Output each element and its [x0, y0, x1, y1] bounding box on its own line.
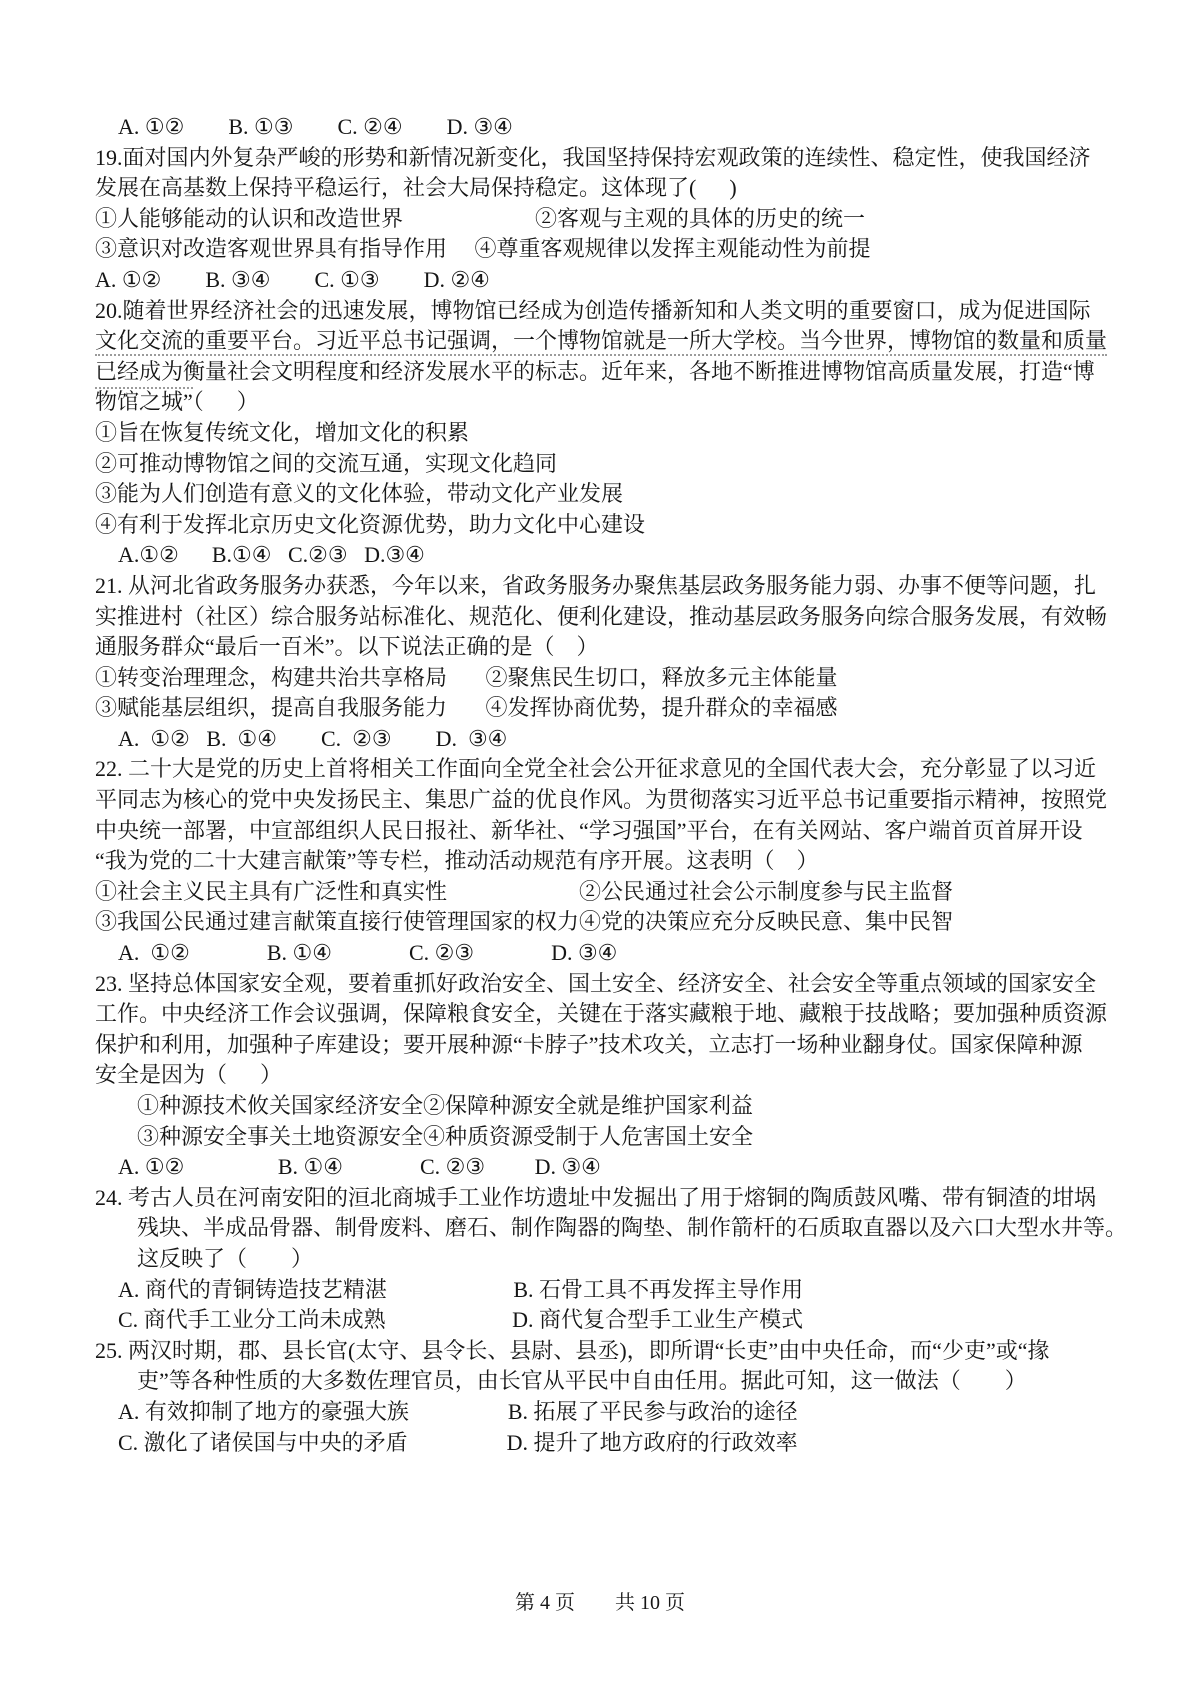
text-line: 安全是因为（ ） [95, 1060, 1115, 1091]
text-line: 20.随着世界经济社会的迅速发展，博物馆已经成为创造传播新知和人类文明的重要窗口… [95, 296, 1115, 327]
text-segment: 23. 坚持总体国家安全观，要着重抓好政治安全、国土安全、经济安全、社会安全等重… [95, 971, 1096, 996]
text-line: ①转变治理理念，构建共治共享格局 ②聚焦民生切口，释放多元主体能量 [95, 663, 1115, 694]
text-segment: ③意识对改造客观世界具有指导作用 ④尊重客观规律以发挥主观能动性为前提 [95, 236, 871, 261]
text-line: 物馆之城”（ ） [95, 387, 1115, 418]
text-segment: ①转变治理理念，构建共治共享格局 ②聚焦民生切口，释放多元主体能量 [95, 665, 838, 690]
text-segment: 19.面对国内外复杂严峻的形势和新情况新变化，我国坚持保持宏观政策的连续性、稳定… [95, 145, 1091, 170]
text-line: ③意识对改造客观世界具有指导作用 ④尊重客观规律以发挥主观能动性为前提 [95, 234, 1115, 265]
text-line: ③能为人们创造有意义的文化体验，带动文化产业发展 [95, 479, 1115, 510]
question-text-lines: A. ①② B. ①③ C. ②④ D. ③④19.面对国内外复杂严峻的形势和新… [95, 112, 1115, 1458]
text-segment: A. 商代的青铜铸造技艺精湛 B. 石骨工具不再发挥主导作用 [118, 1277, 803, 1302]
text-segment: 已经成为衡量社会文明程度和经济发展水平的标志。近年来，各地不断推进博物馆高质量发… [95, 359, 1095, 384]
text-segment: A. ①② B. ①③ C. ②④ D. ③④ [118, 114, 513, 139]
text-line: “我为党的二十大建言献策”等专栏，推动活动规范有序开展。这表明（ ） [95, 846, 1115, 877]
text-segment: 通服务群众“最后一百米”。以下说法正确的是（ ） [95, 634, 599, 659]
text-segment: ③种源安全事关土地资源安全④种质资源受制于人危害国土安全 [137, 1124, 753, 1149]
text-segment: 保护和利用，加强种子库建设；要开展种源“卡脖子”技术攻关，立志打一场种业翻身仗。… [95, 1032, 1083, 1057]
text-line: 保护和利用，加强种子库建设；要开展种源“卡脖子”技术攻关，立志打一场种业翻身仗。… [95, 1030, 1115, 1061]
text-segment: ①种源技术攸关国家经济安全②保障种源安全就是维护国家利益 [137, 1093, 753, 1118]
text-line: C. 商代手工业分工尚未成熟 D. 商代复合型手工业生产模式 [95, 1305, 1115, 1336]
text-line: 平同志为核心的党中央发扬民主、集思广益的优良作风。为贯彻落实习近平总书记重要指示… [95, 785, 1115, 816]
text-segment: 20.随着世界经济社会的迅速发展，博物馆已经成为创造传播新知和人类文明的重要窗口… [95, 298, 1091, 323]
text-segment: ①社会主义民主具有广泛性和真实性 ②公民通过社会公示制度参与民主监督 [95, 879, 953, 904]
text-line: A. ①② B. ①④ C. ②③ D. ③④ [95, 938, 1115, 969]
text-line: A. 有效抑制了地方的豪强大族 B. 拓展了平民参与政治的途径 [95, 1397, 1115, 1428]
text-segment: （ ） [193, 389, 259, 414]
text-segment: ①人能够能动的认识和改造世界 ②客观与主观的具体的历史的统一 [95, 206, 865, 231]
text-segment: ③我国公民通过建言献策直接行使管理国家的权力④党的决策应充分反映民意、集中民智 [95, 909, 953, 934]
text-segment: 这反映了（ ） [137, 1246, 313, 1271]
text-line: 发展在高基数上保持平稳运行，社会大局保持稳定。这体现了( ) [95, 173, 1115, 204]
text-segment: A. ①② B. ①④ C. ②③ D. ③④ [118, 940, 617, 965]
text-segment: 工作。中央经济工作会议强调，保障粮食安全，关键在于落实藏粮于地、藏粮于技战略；要… [95, 1001, 1107, 1026]
text-segment: ④有利于发挥北京历史文化资源优势，助力文化中心建设 [95, 512, 645, 537]
text-line: ①旨在恢复传统文化，增加文化的积累 [95, 418, 1115, 449]
text-line: A.①② B.①④ C.②③ D.③④ [95, 540, 1115, 571]
text-line: ①人能够能动的认识和改造世界 ②客观与主观的具体的历史的统一 [95, 204, 1115, 235]
text-line: A. ①② B. ①④ C. ②③ D. ③④ [95, 724, 1115, 755]
text-line: A. ①② B. ③④ C. ①③ D. ②④ [95, 265, 1115, 296]
text-line: 已经成为衡量社会文明程度和经济发展水平的标志。近年来，各地不断推进博物馆高质量发… [95, 357, 1115, 388]
text-segment: ②可推动博物馆之间的交流互通，实现文化趋同 [95, 451, 557, 476]
document-page: A. ①② B. ①③ C. ②④ D. ③④19.面对国内外复杂严峻的形势和新… [0, 0, 1200, 1698]
text-segment: A.①② B.①④ C.②③ D.③④ [118, 542, 425, 567]
text-segment: 24. 考古人员在河南安阳的洹北商城手工业作坊遗址中发掘出了用于熔铜的陶质鼓风嘴… [95, 1185, 1096, 1210]
text-line: A. 商代的青铜铸造技艺精湛 B. 石骨工具不再发挥主导作用 [95, 1275, 1115, 1306]
page-number-footer: 第 4 页 共 10 页 [0, 1586, 1200, 1615]
text-line: C. 激化了诸侯国与中央的矛盾 D. 提升了地方政府的行政效率 [95, 1428, 1115, 1459]
text-segment: 安全是因为（ ） [95, 1062, 282, 1087]
text-segment: 残块、半成品骨器、制骨废料、磨石、制作陶器的陶垫、制作箭杆的石质取直器以及六口大… [137, 1215, 1127, 1240]
text-line: 工作。中央经济工作会议强调，保障粮食安全，关键在于落实藏粮于地、藏粮于技战略；要… [95, 999, 1115, 1030]
emphasized-text-segment: 物馆之城” [95, 387, 193, 414]
text-segment: A. ①② B. ③④ C. ①③ D. ②④ [95, 267, 490, 292]
text-segment: A. ①② B. ①④ C. ②③ D. ③④ [118, 726, 507, 751]
text-line: ②可推动博物馆之间的交流互通，实现文化趋同 [95, 449, 1115, 480]
text-line: ③种源安全事关土地资源安全④种质资源受制于人危害国土安全 [95, 1122, 1115, 1153]
text-line: 19.面对国内外复杂严峻的形势和新情况新变化，我国坚持保持宏观政策的连续性、稳定… [95, 143, 1115, 174]
text-line: 21. 从河北省政务服务办获悉，今年以来，省政务服务办聚焦基层政务服务能力弱、办… [95, 571, 1115, 602]
emphasized-text-segment: 文化交流的重要平台。习近平总书记强调，一个博物馆就是一所大学校。当今世界，博物馆… [95, 328, 1107, 356]
text-line: ③我国公民通过建言献策直接行使管理国家的权力④党的决策应充分反映民意、集中民智 [95, 907, 1115, 938]
text-segment: 发展在高基数上保持平稳运行，社会大局保持稳定。这体现了( ) [95, 175, 737, 200]
text-segment: A. 有效抑制了地方的豪强大族 B. 拓展了平民参与政治的途径 [118, 1399, 798, 1424]
text-line: 残块、半成品骨器、制骨废料、磨石、制作陶器的陶垫、制作箭杆的石质取直器以及六口大… [95, 1213, 1115, 1244]
text-line: A. ①② B. ①③ C. ②④ D. ③④ [95, 112, 1115, 143]
text-line: 文化交流的重要平台。习近平总书记强调，一个博物馆就是一所大学校。当今世界，博物馆… [95, 326, 1115, 357]
text-line: 实推进村（社区）综合服务站标准化、规范化、便利化建设，推动基层政务服务向综合服务… [95, 602, 1115, 633]
text-segment: C. 商代手工业分工尚未成熟 D. 商代复合型手工业生产模式 [118, 1307, 803, 1332]
text-segment: 吏”等各种性质的大多数佐理官员，由长官从平民中自由任用。据此可知，这一做法（ ） [137, 1368, 1027, 1393]
text-segment: 22. 二十大是党的历史上首将相关工作面向全党全社会公开征求意见的全国代表大会，… [95, 756, 1096, 781]
text-segment: 25. 两汉时期，郡、县长官(太守、县令长、县尉、县丞)，即所谓“长吏”由中央任… [95, 1338, 1049, 1363]
text-line: 24. 考古人员在河南安阳的洹北商城手工业作坊遗址中发掘出了用于熔铜的陶质鼓风嘴… [95, 1183, 1115, 1214]
text-segment: C. 激化了诸侯国与中央的矛盾 D. 提升了地方政府的行政效率 [118, 1430, 798, 1455]
text-line: ③赋能基层组织，提高自我服务能力 ④发挥协商优势，提升群众的幸福感 [95, 693, 1115, 724]
text-line: ①种源技术攸关国家经济安全②保障种源安全就是维护国家利益 [95, 1091, 1115, 1122]
text-segment: 21. 从河北省政务服务办获悉，今年以来，省政务服务办聚焦基层政务服务能力弱、办… [95, 573, 1096, 598]
text-line: 中央统一部署，中宣部组织人民日报社、新华社、“学习强国”平台，在有关网站、客户端… [95, 816, 1115, 847]
text-segment: A. ①② B. ①④ C. ②③ D. ③④ [118, 1154, 601, 1179]
text-line: ①社会主义民主具有广泛性和真实性 ②公民通过社会公示制度参与民主监督 [95, 877, 1115, 908]
text-segment: 实推进村（社区）综合服务站标准化、规范化、便利化建设，推动基层政务服务向综合服务… [95, 604, 1107, 629]
text-line: 22. 二十大是党的历史上首将相关工作面向全党全社会公开征求意见的全国代表大会，… [95, 754, 1115, 785]
text-line: 这反映了（ ） [95, 1244, 1115, 1275]
text-line: 23. 坚持总体国家安全观，要着重抓好政治安全、国土安全、经济安全、社会安全等重… [95, 969, 1115, 1000]
text-line: 25. 两汉时期，郡、县长官(太守、县令长、县尉、县丞)，即所谓“长吏”由中央任… [95, 1336, 1115, 1367]
text-segment: ③赋能基层组织，提高自我服务能力 ④发挥协商优势，提升群众的幸福感 [95, 695, 838, 720]
text-line: ④有利于发挥北京历史文化资源优势，助力文化中心建设 [95, 510, 1115, 541]
text-segment: 平同志为核心的党中央发扬民主、集思广益的优良作风。为贯彻落实习近平总书记重要指示… [95, 787, 1107, 812]
text-segment: ①旨在恢复传统文化，增加文化的积累 [95, 420, 469, 445]
text-segment: 中央统一部署，中宣部组织人民日报社、新华社、“学习强国”平台，在有关网站、客户端… [95, 818, 1083, 843]
text-line: 吏”等各种性质的大多数佐理官员，由长官从平民中自由任用。据此可知，这一做法（ ） [95, 1366, 1115, 1397]
text-segment: ③能为人们创造有意义的文化体验，带动文化产业发展 [95, 481, 623, 506]
text-line: 通服务群众“最后一百米”。以下说法正确的是（ ） [95, 632, 1115, 663]
text-line: A. ①② B. ①④ C. ②③ D. ③④ [95, 1152, 1115, 1183]
text-segment: “我为党的二十大建言献策”等专栏，推动活动规范有序开展。这表明（ ） [95, 848, 819, 873]
